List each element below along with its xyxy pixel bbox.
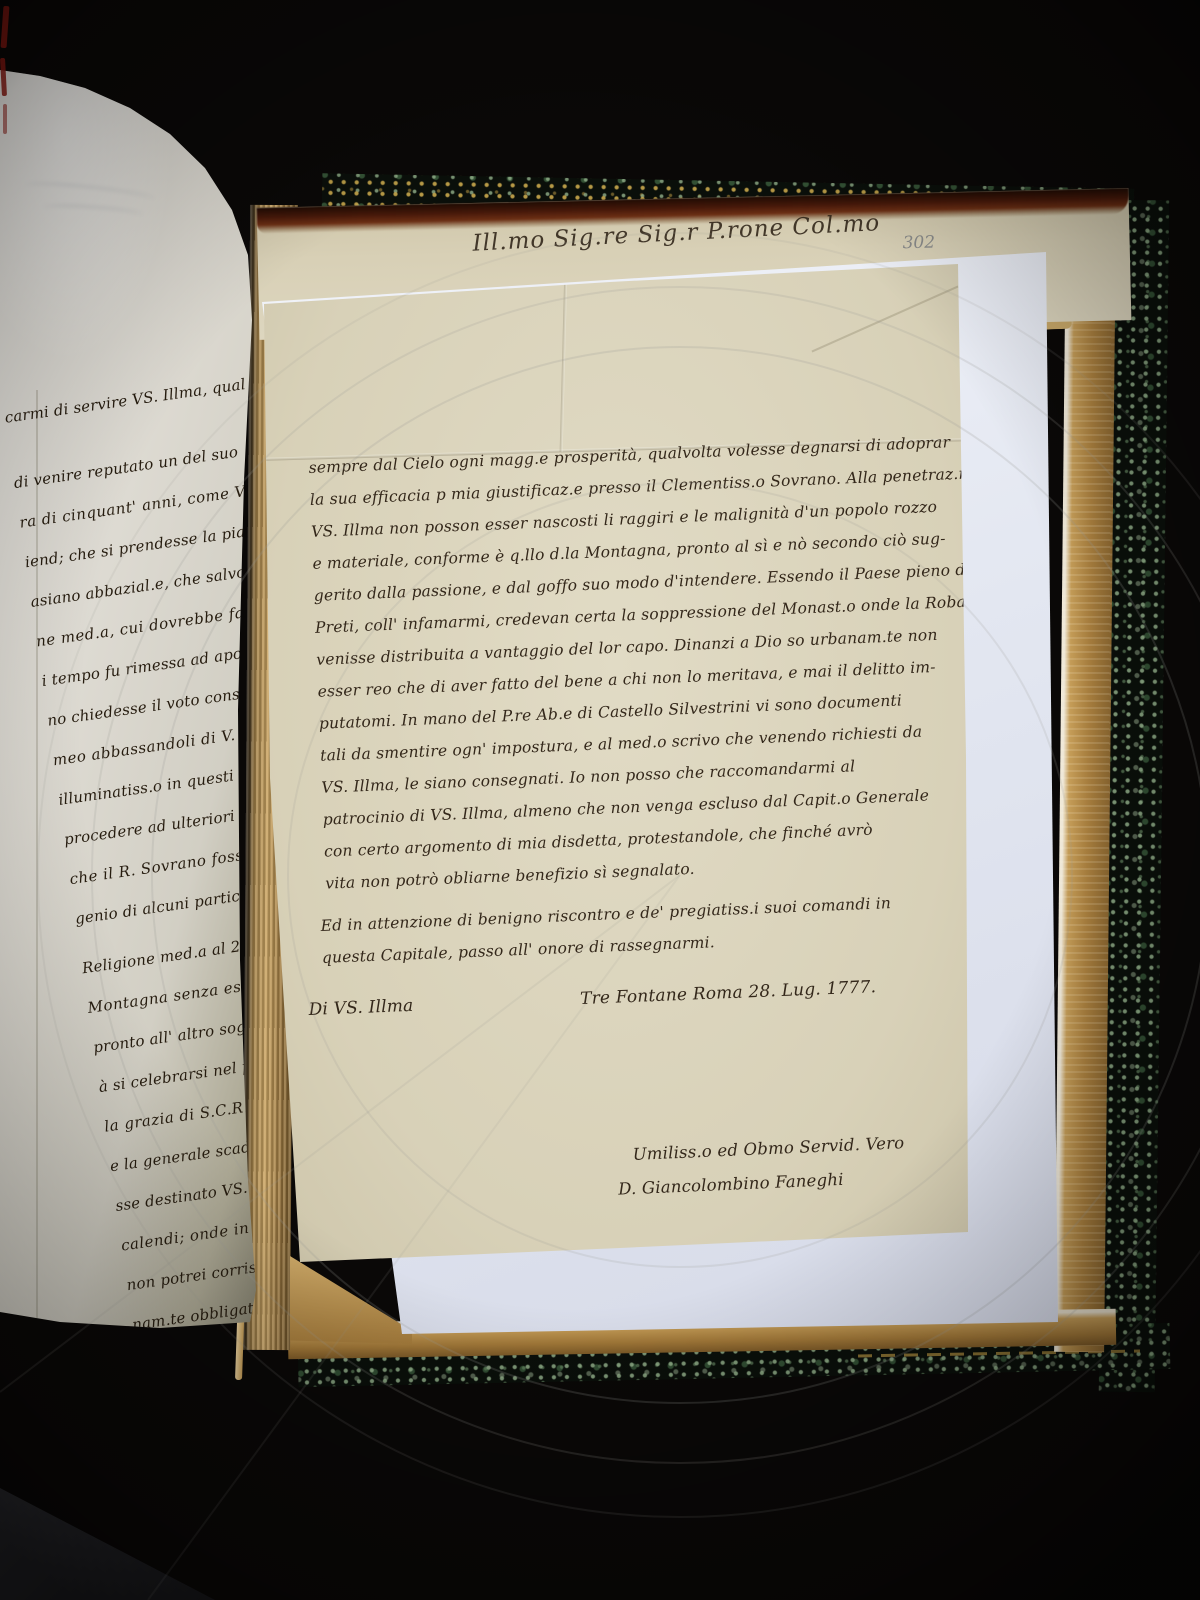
left-page: carmi di servire VS. Illma, qualdi venir… bbox=[0, 60, 258, 1345]
ghost-writing-impression bbox=[15, 158, 175, 230]
letter-sheet: sempre dal Cielo ogni magg.e prosperità,… bbox=[260, 258, 972, 1268]
salutation-row: Di VS. Illma Tre Fontane Roma 28. Lug. 1… bbox=[308, 971, 877, 1026]
left-page-line: carmi di servire VS. Illma, qual bbox=[2, 362, 258, 438]
manuscript-photo: carmi di servire VS. Illma, qualdi venir… bbox=[0, 0, 1200, 1600]
letter-body: sempre dal Cielo ogni magg.e prosperità,… bbox=[308, 426, 975, 900]
letter-fold-diagonal bbox=[812, 286, 959, 353]
signature-block: Umiliss.o ed Obmo Servid. VeroD. Giancol… bbox=[632, 1124, 955, 1206]
left-page-text: carmi di servire VS. Illma, qualdi venir… bbox=[2, 362, 258, 1345]
salutation: Di VS. Illma bbox=[308, 990, 414, 1026]
letter-closing: Ed in attenzione di benigno riscontro e … bbox=[320, 885, 952, 974]
letter-fold-vertical bbox=[560, 270, 568, 452]
folio-number: 302 bbox=[902, 233, 935, 254]
cloth-shadow bbox=[0, 1488, 215, 1600]
dateline: Tre Fontane Roma 28. Lug. 1777. bbox=[579, 971, 876, 1015]
red-edge-marks bbox=[0, 0, 20, 160]
